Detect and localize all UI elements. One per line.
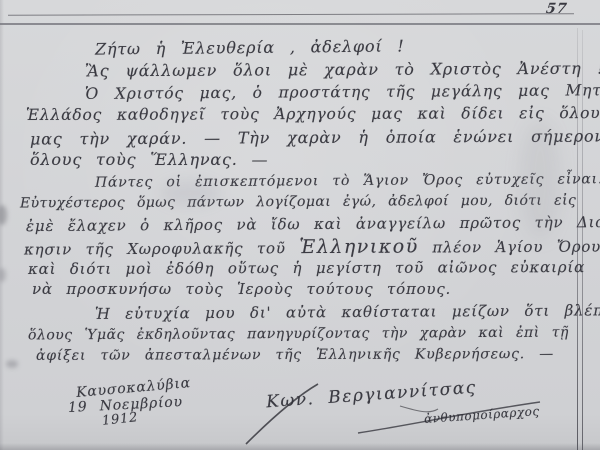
letter-line: Ἡ εὐτυχία μου δι' αὐτὰ καθίσταται μείζων…	[95, 301, 600, 323]
header-rule-top	[8, 13, 574, 15]
letter-line: Ἂς ψάλλωμεν ὅλοι μὲ χαρὰν τὸ Χριστὸς Ἀνέ…	[85, 59, 600, 81]
letter-line: ὅλους Ὑμᾶς ἐκδηλοῦντας πανηγυρίζοντας τὴ…	[28, 325, 569, 344]
letter-line: καὶ διότι μοὶ ἐδόθη οὕτως ἡ μεγίστη τοῦ …	[28, 258, 585, 278]
letter-line: Ζήτω ἡ Ἐλευθερία , ἀδελφοί !	[95, 36, 405, 58]
scan-smudge	[6, 360, 18, 368]
scanned-letter-page: 57 Ζήτω ἡ Ἐλευθερία , ἀδελφοί ! Ἂς ψάλλω…	[0, 0, 600, 450]
letter-line: Ὁ Χριστός μας, ὁ προστάτης τῆς μεγάλης μ…	[85, 81, 600, 103]
letter-line-emphasis: κησιν τῆς Χωροφυλακῆς τοῦ Ἑλληνικοῦ πλέο…	[24, 234, 600, 259]
letter-line: νὰ προσκυνήσω τοὺς Ἱεροὺς τούτους τόπους…	[32, 280, 451, 298]
letter-line: Ἑλλάδος καθοδηγεῖ τοὺς Ἀρχηγούς μας καὶ …	[26, 104, 600, 124]
letter-line: Εὐτυχέστερος ὅμως πάντων λογίζομαι ἐγώ, …	[20, 193, 576, 212]
page-number: 57	[545, 1, 569, 17]
scan-smudge	[160, 180, 220, 206]
signature-title: ἀνθυπομοίραρχος	[424, 404, 540, 426]
line-pre: κησιν τῆς Χωροφυλακῆς τοῦ	[24, 239, 299, 258]
signature-name: Κων. Βεργιαννίτσας	[266, 378, 478, 413]
letter-line: ἐμὲ ἔλαχεν ὁ κλῆρος νὰ ἴδω καὶ ἀναγγείλω…	[26, 213, 600, 235]
letter-line: μας τὴν χαράν. — Τὴν χαρὰν ἡ ὁποία ἑνώνε…	[30, 126, 600, 148]
letter-line: ἀφίξει τῶν ἀπεσταλμένων τῆς Ἑλληνικῆς Κυ…	[36, 346, 554, 364]
bottom-edge-shadow	[0, 443, 600, 450]
letter-line: ὅλους τοὺς Ἕλληνας. —	[30, 150, 268, 169]
header-rule-bottom	[0, 23, 600, 25]
scan-smudge	[520, 120, 560, 240]
emphasized-word: Ἑλληνικοῦ	[299, 235, 419, 258]
dateline-year: 1912	[101, 410, 139, 429]
line-post: πλέον Ἁγίου Ὄρους,	[419, 237, 600, 256]
left-edge-shadow	[0, 0, 4, 450]
